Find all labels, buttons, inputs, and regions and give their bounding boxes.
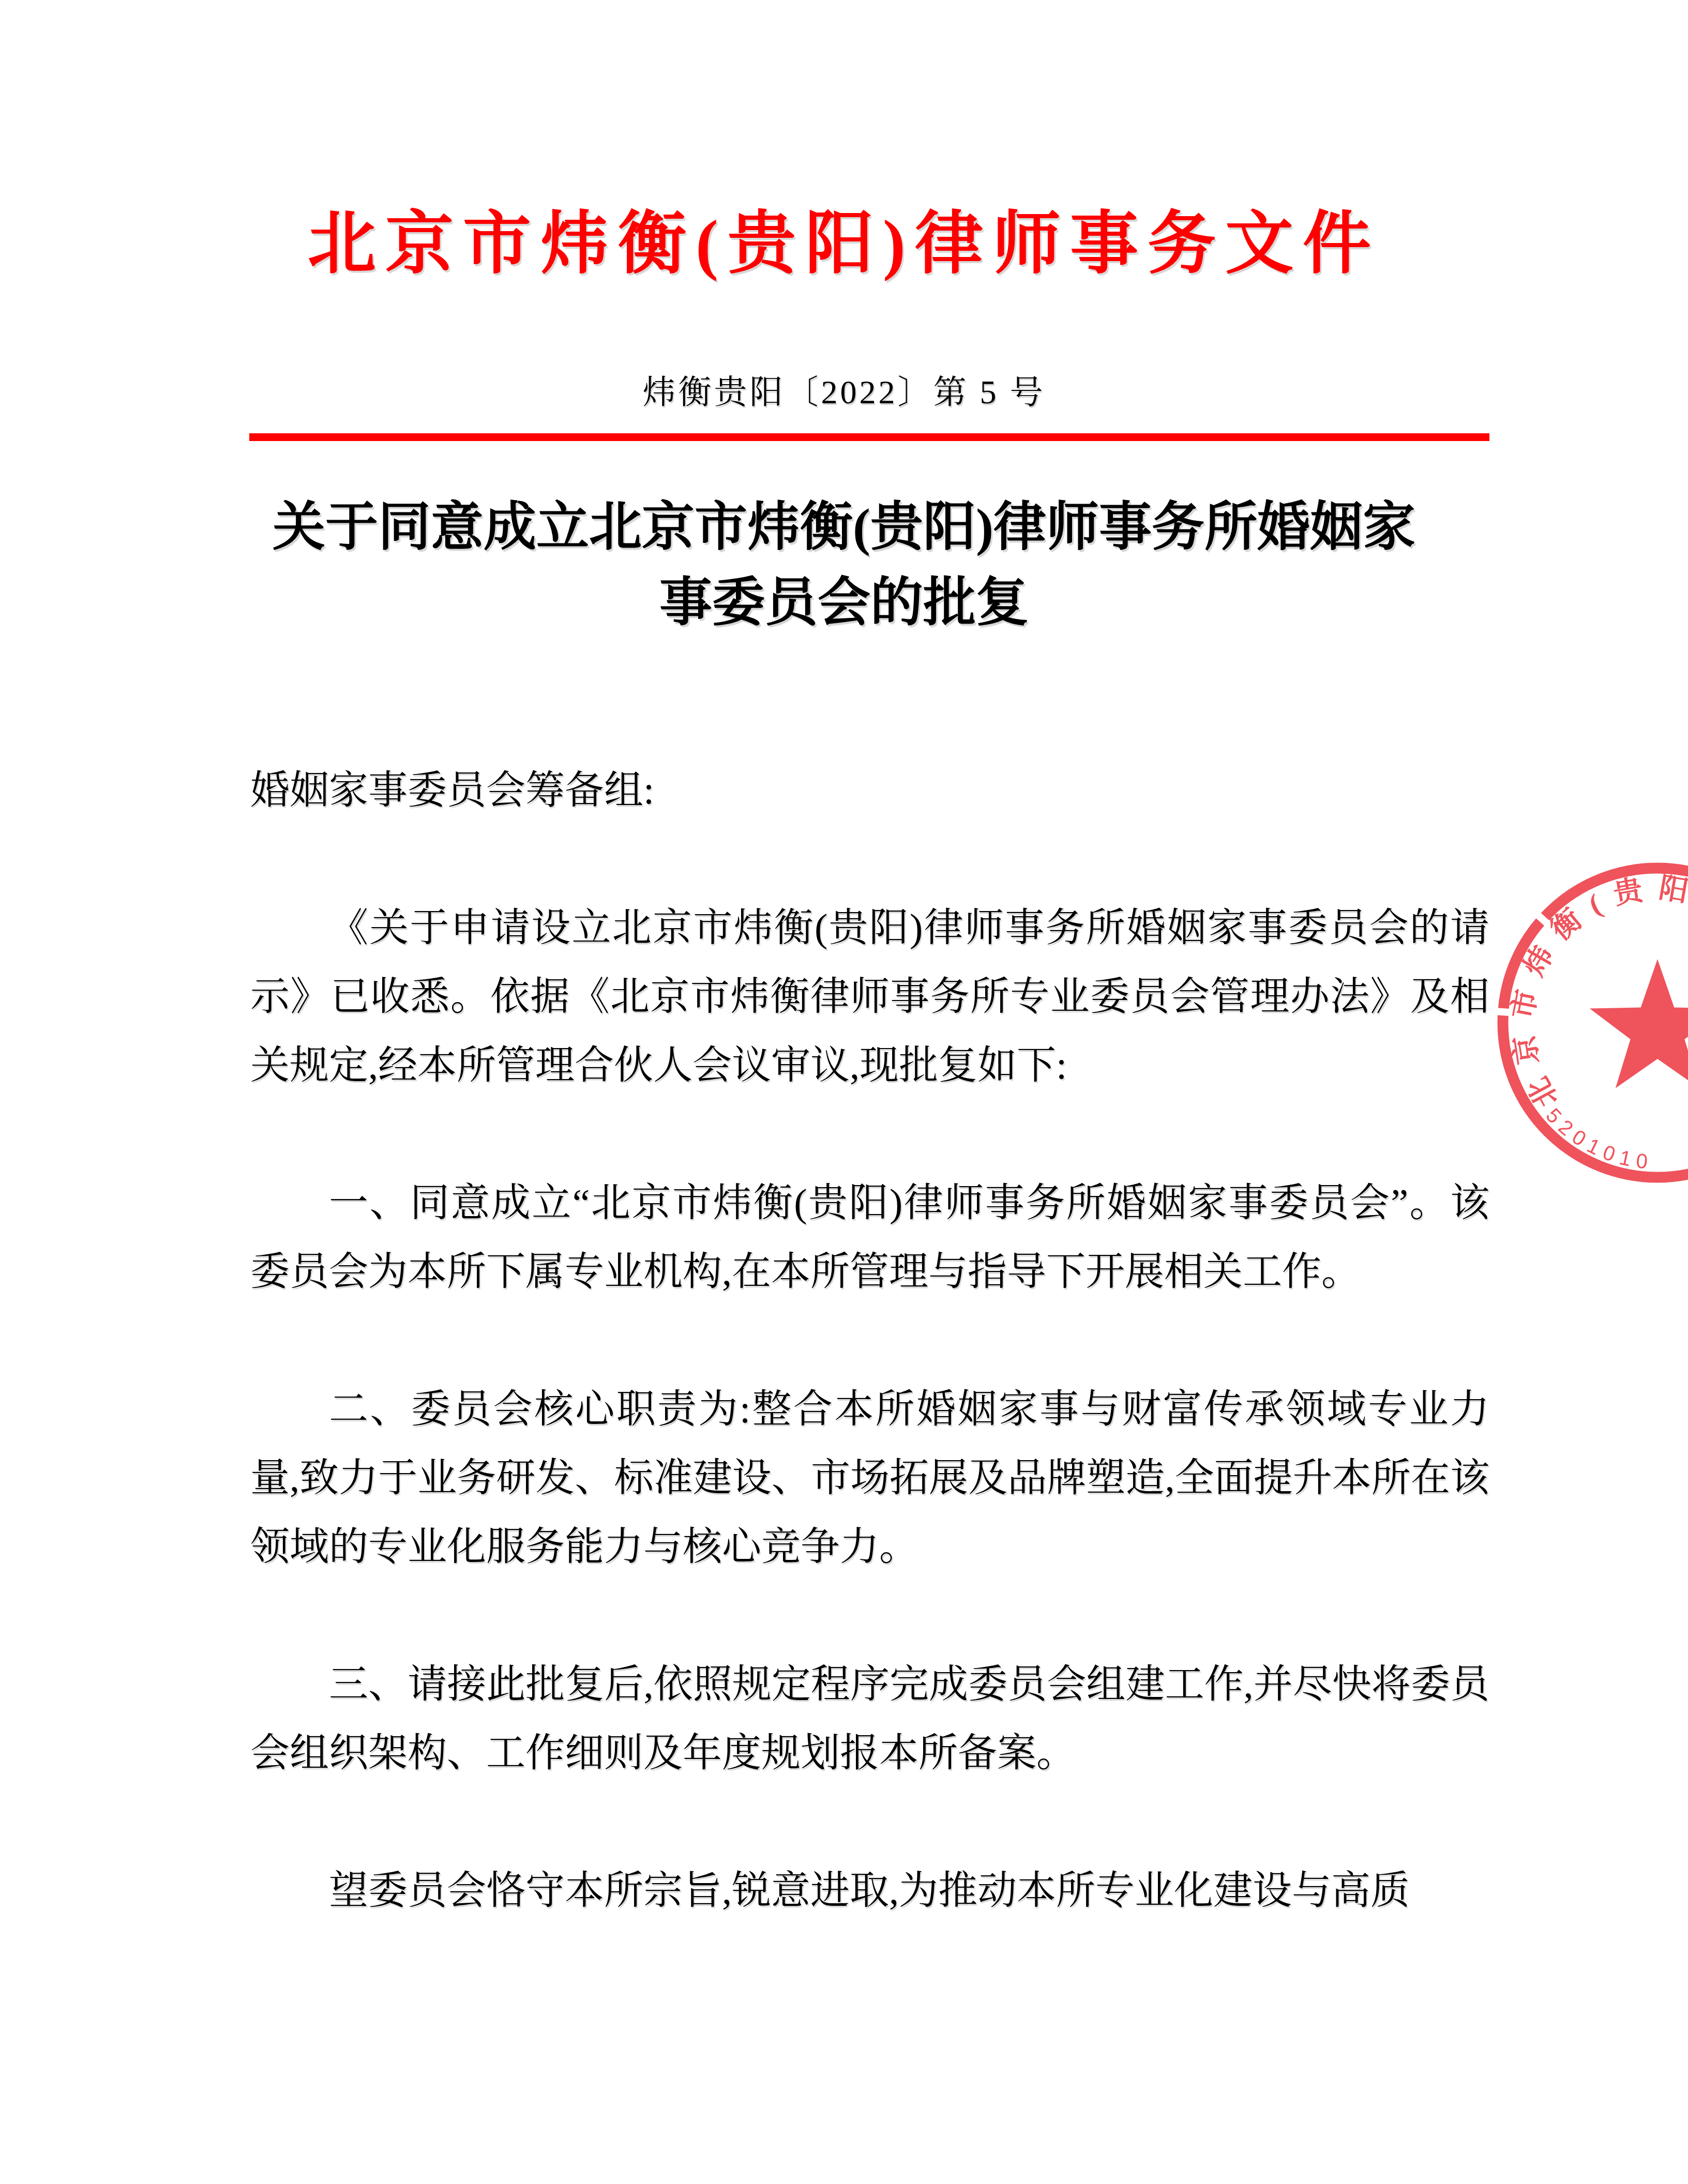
salutation: 婚姻家事委员会筹备组: <box>250 756 1489 825</box>
star-icon <box>1590 959 1688 1088</box>
paragraph-2: 一、同意成立“北京市炜衡(贵阳)律师事务所婚姻家事委员会”。该委员会为本所下属专… <box>250 1169 1489 1307</box>
document-number: 炜衡贵阳〔2022〕第 5 号 <box>0 374 1688 411</box>
paragraph-1: 《关于申请设立北京市炜衡(贵阳)律师事务所婚姻家事委员会的请示》已收悉。依据《北… <box>250 894 1489 1100</box>
paragraph-5: 望委员会恪守本所宗旨,锐意进取,为推动本所专业化建设与高质 <box>250 1857 1489 1925</box>
official-seal: 北京市炜衡(贵阳)律师事务所 5201010 <box>1476 842 1688 1204</box>
paragraph-3: 二、委员会核心职责为:整合本所婚姻家事与财富传承领域专业力量,致力于业务研发、标… <box>250 1375 1489 1582</box>
letterhead-title: 北京市炜衡(贵阳)律师事务文件 <box>0 205 1688 283</box>
document-body: 婚姻家事委员会筹备组: 《关于申请设立北京市炜衡(贵阳)律师事务所婚姻家事委员会… <box>250 756 1489 1994</box>
red-divider-line <box>249 433 1489 441</box>
official-document-page: 北京市炜衡(贵阳)律师事务文件 炜衡贵阳〔2022〕第 5 号 关于同意成立北京… <box>0 0 1688 2184</box>
document-title: 关于同意成立北京市炜衡(贵阳)律师事务所婚姻家事委员会的批复 <box>249 490 1439 641</box>
paragraph-4: 三、请接此批复后,依照规定程序完成委员会组建工作,并尽快将委员会组织架构、工作细… <box>250 1650 1489 1788</box>
